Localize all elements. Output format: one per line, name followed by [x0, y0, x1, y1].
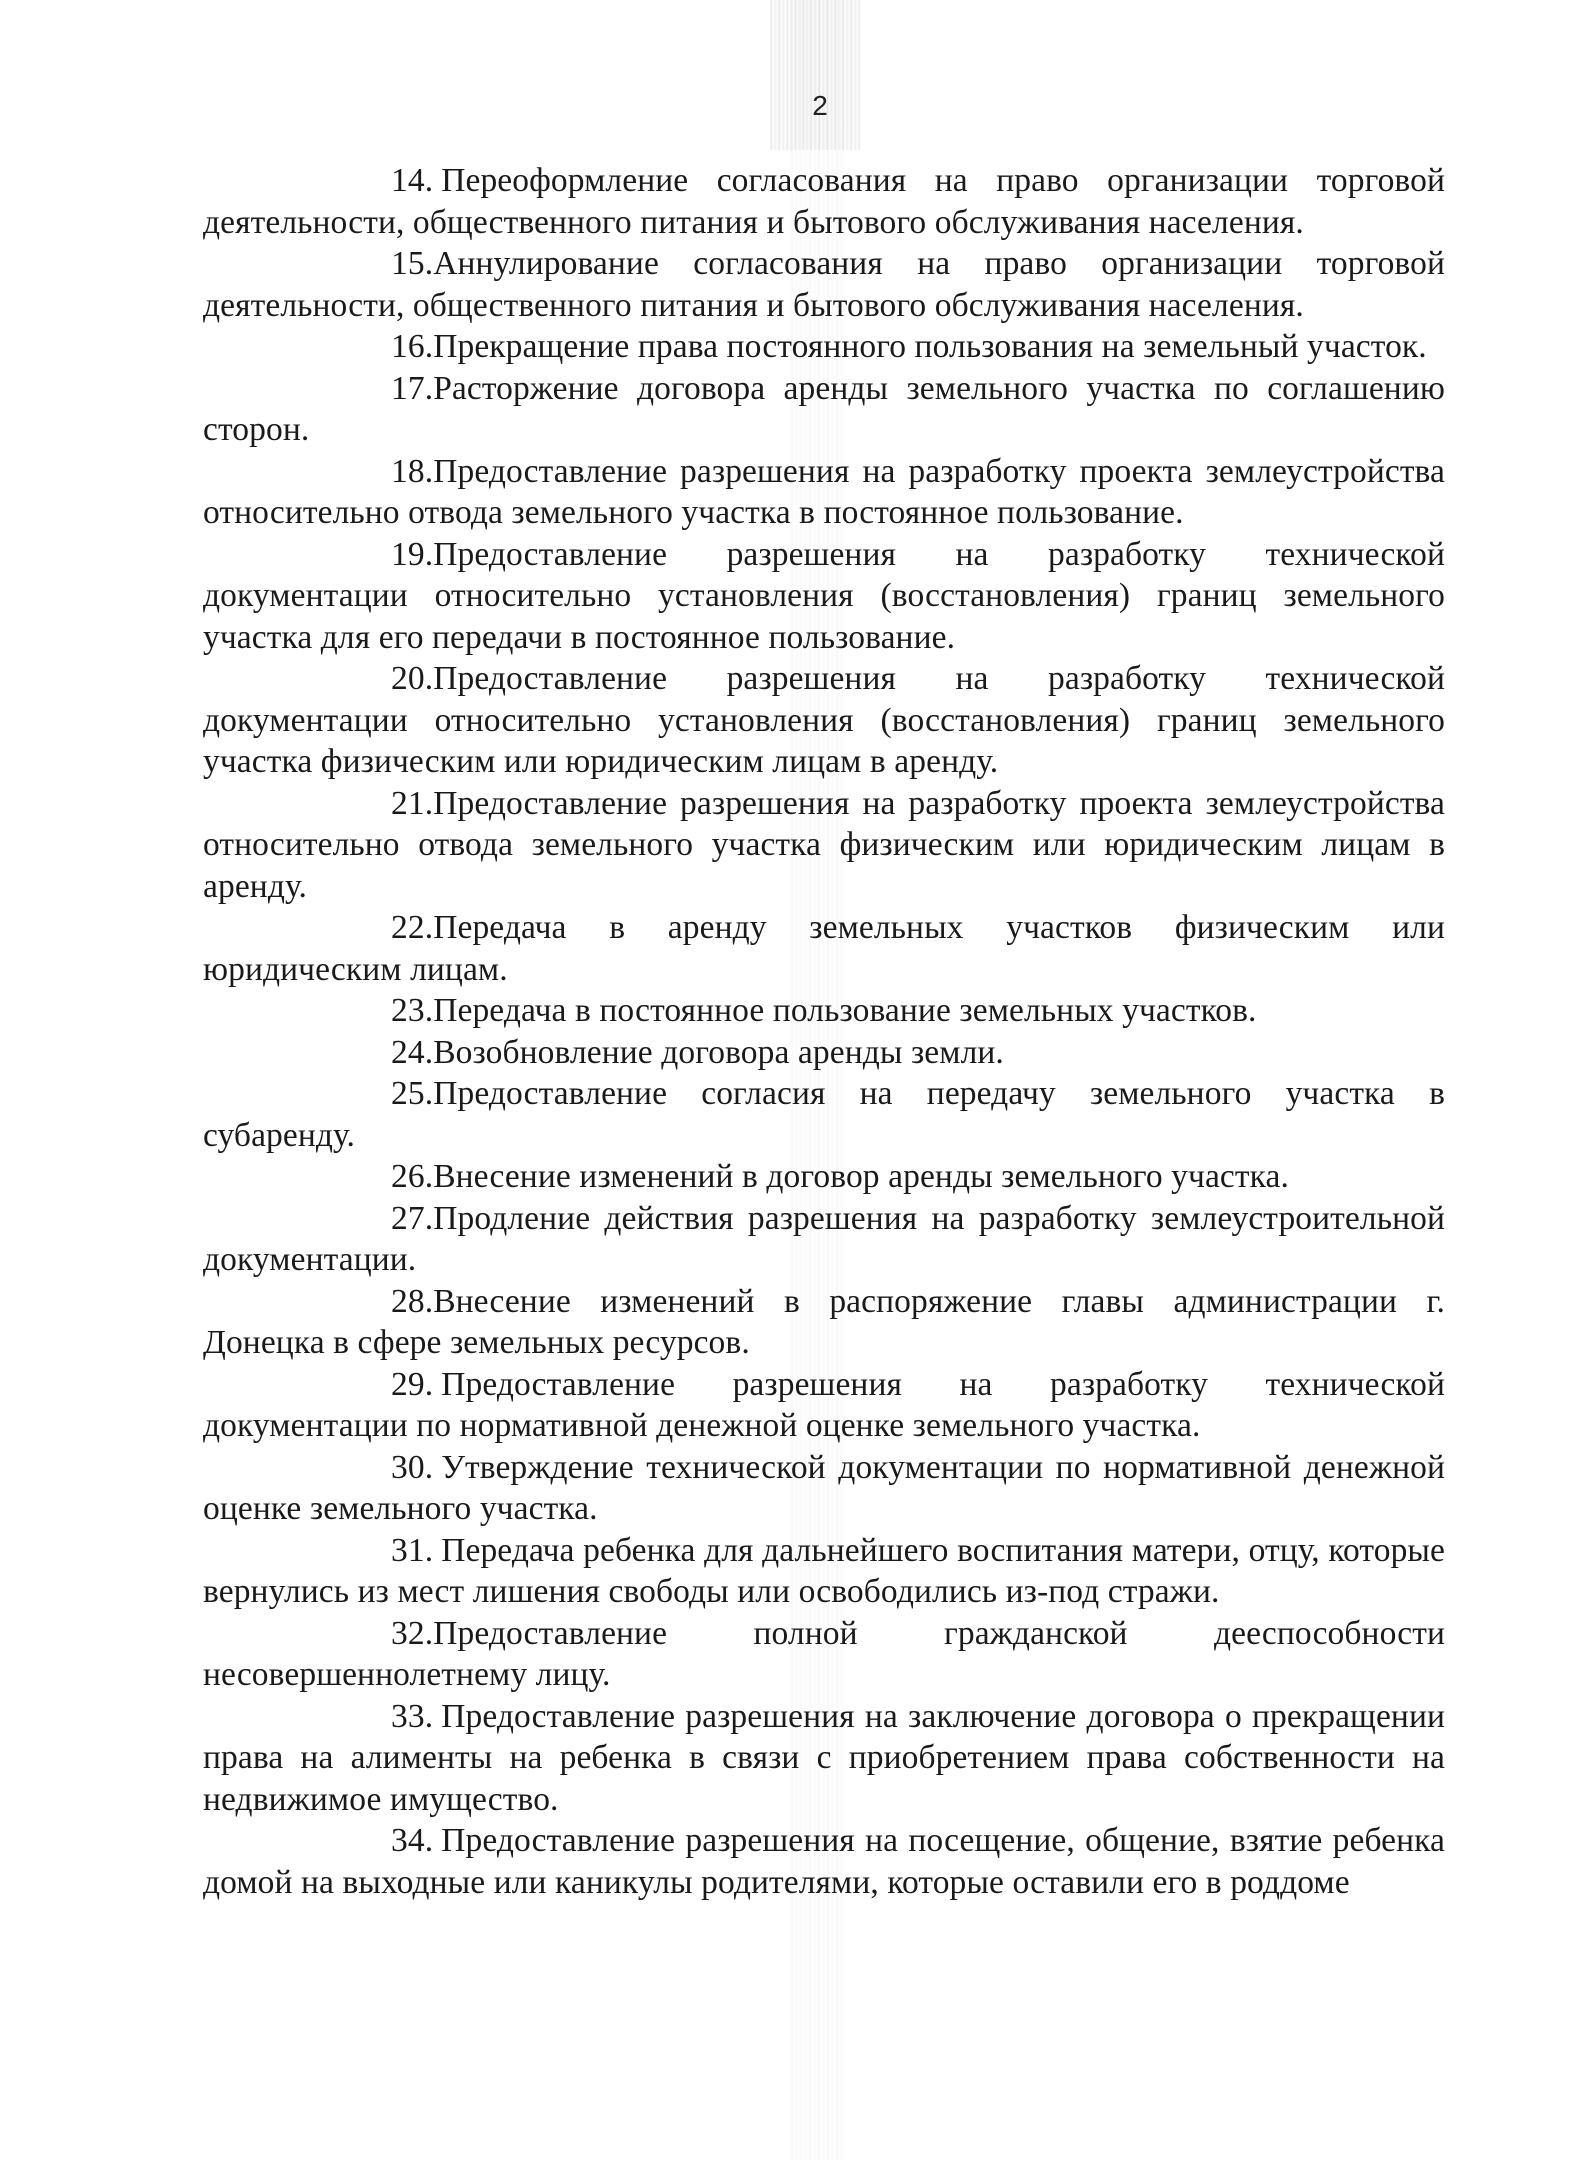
list-item-25: 25.Предоставление согласия на передачу з…: [203, 1073, 1445, 1156]
item-number: 24.: [297, 1032, 433, 1074]
item-number: 28.: [297, 1281, 433, 1323]
page-number: 2: [0, 90, 1570, 122]
item-number: 27.: [297, 1198, 433, 1240]
list-item-21: 21.Предоставление разрешения на разработ…: [203, 783, 1445, 908]
document-body: 14.Переоформление согласования на право …: [203, 160, 1445, 1903]
list-item-31: 31.Передача ребенка для дальнейшего восп…: [203, 1530, 1445, 1613]
item-number: 15.: [297, 243, 433, 285]
item-text: Передача в постоянное пользование земель…: [433, 992, 1256, 1029]
item-number: 29.: [297, 1364, 433, 1406]
item-number: 22.: [297, 907, 433, 949]
list-item-30: 30.Утверждение технической документации …: [203, 1447, 1445, 1530]
item-number: 25.: [297, 1073, 433, 1115]
item-number: 34.: [297, 1820, 433, 1862]
list-item-29: 29.Предоставление разрешения на разработ…: [203, 1364, 1445, 1447]
item-number: 26.: [297, 1156, 433, 1198]
item-text: Возобновление договора аренды земли.: [433, 1034, 1004, 1071]
list-item-33: 33.Предоставление разрешения на заключен…: [203, 1696, 1445, 1821]
list-item-16: 16.Прекращение права постоянного пользов…: [203, 326, 1445, 368]
list-item-32: 32.Предоставление полной гражданской дее…: [203, 1613, 1445, 1696]
list-item-17: 17.Расторжение договора аренды земельног…: [203, 368, 1445, 451]
list-item-18: 18.Предоставление разрешения на разработ…: [203, 451, 1445, 534]
item-number: 14.: [297, 160, 433, 202]
item-number: 32.: [297, 1613, 433, 1655]
item-number: 33.: [297, 1696, 433, 1738]
list-item-27: 27.Продление действия разрешения на разр…: [203, 1198, 1445, 1281]
item-number: 21.: [297, 783, 433, 825]
item-number: 19.: [297, 534, 433, 576]
item-number: 30.: [297, 1447, 433, 1489]
list-item-20: 20.Предоставление разрешения на разработ…: [203, 658, 1445, 783]
item-number: 23.: [297, 990, 433, 1032]
item-number: 20.: [297, 658, 433, 700]
item-text: Прекращение права постоянного пользовани…: [433, 328, 1427, 365]
item-text: Внесение изменений в договор аренды земе…: [433, 1158, 1289, 1195]
list-item-19: 19.Предоставление разрешения на разработ…: [203, 534, 1445, 659]
list-item-28: 28.Внесение изменений в распоряжение гла…: [203, 1281, 1445, 1364]
list-item-24: 24.Возобновление договора аренды земли.: [203, 1032, 1445, 1074]
list-item-34: 34.Предоставление разрешения на посещени…: [203, 1820, 1445, 1903]
item-number: 17.: [297, 368, 433, 410]
list-item-15: 15.Аннулирование согласования на право о…: [203, 243, 1445, 326]
item-number: 18.: [297, 451, 433, 493]
list-item-22: 22.Передача в аренду земельных участков …: [203, 907, 1445, 990]
list-item-14: 14.Переоформление согласования на право …: [203, 160, 1445, 243]
list-item-26: 26.Внесение изменений в договор аренды з…: [203, 1156, 1445, 1198]
item-number: 31.: [297, 1530, 433, 1572]
item-number: 16.: [297, 326, 433, 368]
scan-artifact-top: [770, 0, 860, 150]
list-item-23: 23.Передача в постоянное пользование зем…: [203, 990, 1445, 1032]
